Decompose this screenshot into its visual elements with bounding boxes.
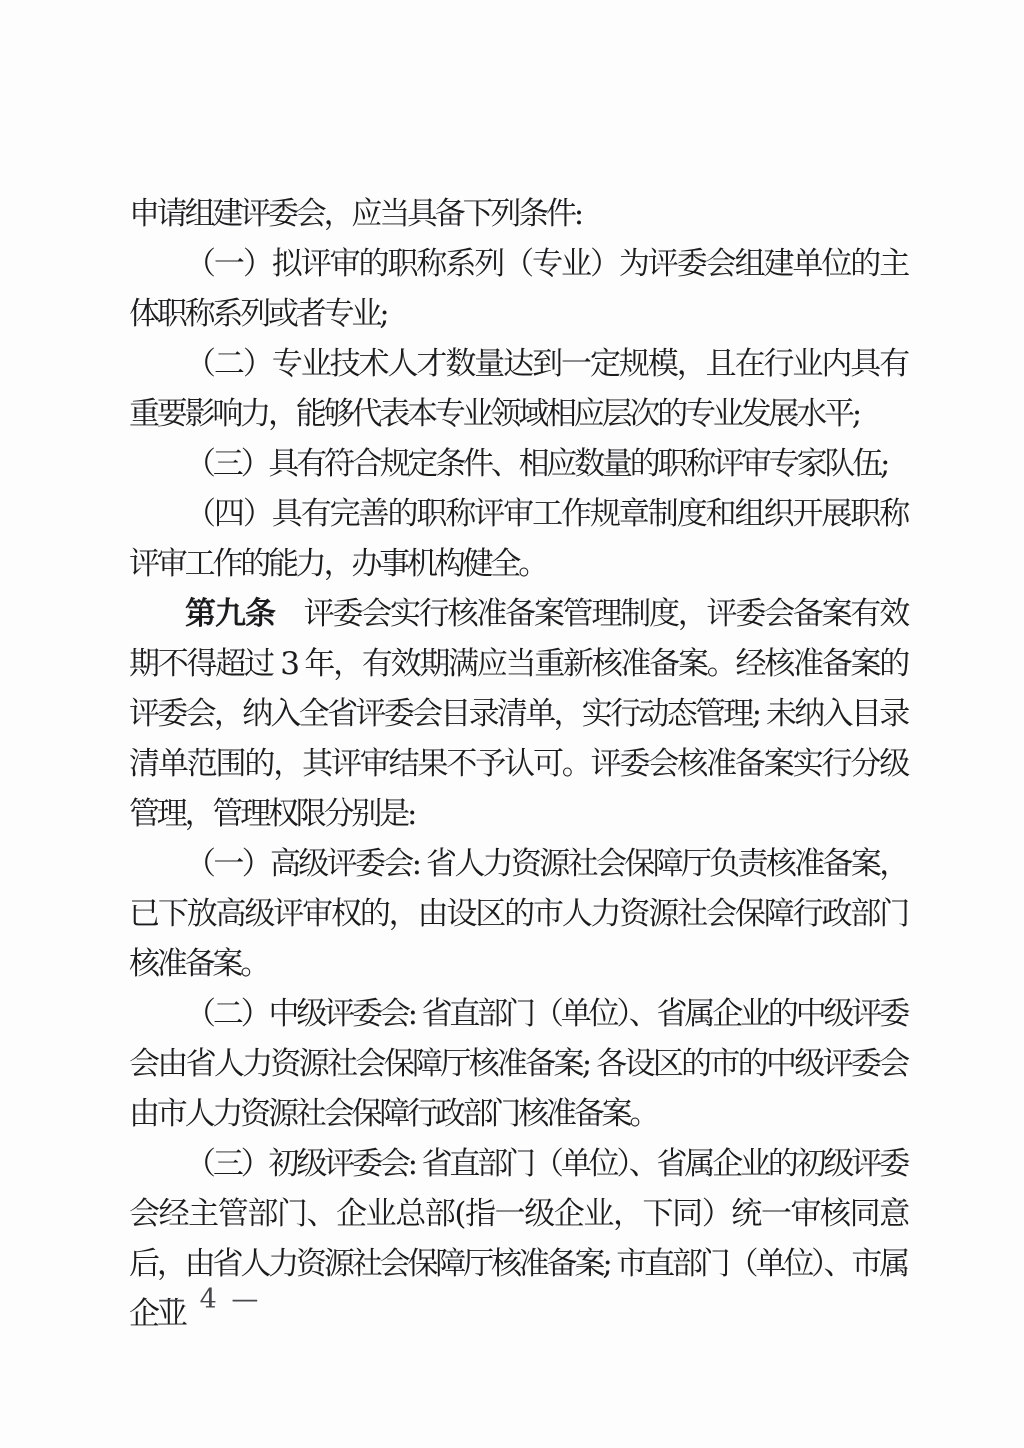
paragraph-level-senior: （一）高级评委会: 省人力资源社会保障厅负责核准备案，已下放高级评审权的，由设区… <box>129 839 907 989</box>
paragraph-conditions-intro: 申请组建评委会，应当具备下列条件: <box>129 189 907 239</box>
document-body: 申请组建评委会，应当具备下列条件: （一）拟评审的职称系列（专业）为评委会组建单… <box>129 189 907 1339</box>
document-page: 申请组建评委会，应当具备下列条件: （一）拟评审的职称系列（专业）为评委会组建单… <box>0 0 1024 1448</box>
page-number: — 4 — <box>158 1284 261 1316</box>
paragraph-article-9: 第九条 评委会实行核准备案管理制度，评委会备案有效期不得超过 3 年，有效期满应… <box>129 589 907 839</box>
paragraph-level-intermediate: （二）中级评委会: 省直部门（单位）、省属企业的中级评委会由省人力资源社会保障厅… <box>129 989 907 1139</box>
paragraph-condition-2: （二）专业技术人才数量达到一定规模，且在行业内具有重要影响力，能够代表本专业领域… <box>129 339 907 439</box>
paragraph-condition-4: （四）具有完善的职称评审工作规章制度和组织开展职称评审工作的能力，办事机构健全。 <box>129 489 907 589</box>
paragraph-condition-1: （一）拟评审的职称系列（专业）为评委会组建单位的主体职称系列或者专业; <box>129 239 907 339</box>
article-9-heading: 第九条 <box>185 596 275 632</box>
paragraph-condition-3: （三）具有符合规定条件、相应数量的职称评审专家队伍; <box>129 439 907 489</box>
